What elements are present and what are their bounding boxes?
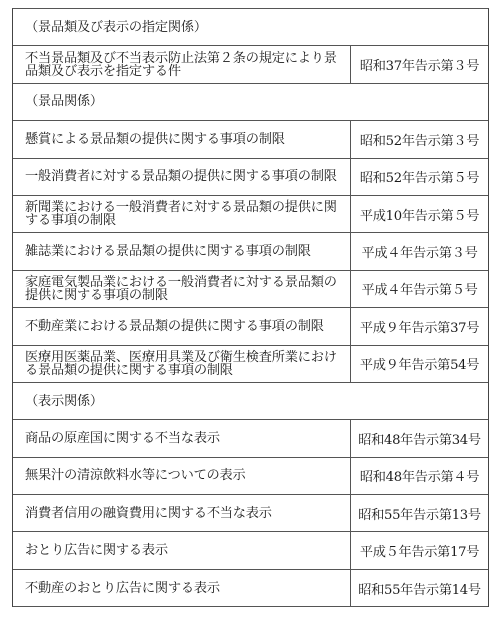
item-name: 消費者信用の融資費用に関する不当な表示 xyxy=(13,495,350,531)
section-heading: （景品類及び表示の指定関係） xyxy=(13,9,488,45)
notification-table: （景品類及び表示の指定関係） 不当景品類及び不当表示防止法第２条の規定により景品… xyxy=(12,8,489,607)
table-row: 医療用医薬品業、医療用具業及び衛生検査所業における景品類の提供に関する事項の制限… xyxy=(13,346,488,383)
table-row: 新聞業における一般消費者に対する景品類の提供に関する事項の制限 平成10年告示第… xyxy=(13,196,488,233)
item-reference: 昭和55年告示第14号 xyxy=(350,570,488,606)
item-reference: 昭和52年告示第５号 xyxy=(350,159,488,195)
item-reference: 昭和52年告示第３号 xyxy=(350,121,488,157)
item-reference: 平成10年告示第５号 xyxy=(350,196,488,232)
section-row-labeling: （表示関係） xyxy=(13,383,488,420)
item-reference: 平成４年告示第５号 xyxy=(350,271,488,307)
section-row-designation: （景品類及び表示の指定関係） xyxy=(13,9,488,46)
table-row: 消費者信用の融資費用に関する不当な表示 昭和55年告示第13号 xyxy=(13,495,488,532)
item-reference: 平成５年告示第17号 xyxy=(350,532,488,568)
section-heading: （景品関係） xyxy=(13,84,488,120)
item-name: 懸賞による景品類の提供に関する事項の制限 xyxy=(13,121,350,157)
table-row: 家庭電気製品業における一般消費者に対する景品類の提供に関する事項の制限 平成４年… xyxy=(13,271,488,308)
item-reference: 平成４年告示第３号 xyxy=(350,233,488,269)
item-name: 雑誌業における景品類の提供に関する事項の制限 xyxy=(13,233,350,269)
section-row-premiums: （景品関係） xyxy=(13,84,488,121)
item-reference: 昭和48年告示第34号 xyxy=(350,420,488,456)
item-reference: 平成９年告示第37号 xyxy=(350,308,488,344)
item-name: 新聞業における一般消費者に対する景品類の提供に関する事項の制限 xyxy=(13,196,350,232)
table-row: 不動産のおとり広告に関する表示 昭和55年告示第14号 xyxy=(13,570,488,607)
table-row: 懸賞による景品類の提供に関する事項の制限 昭和52年告示第３号 xyxy=(13,121,488,158)
item-reference: 昭和37年告示第３号 xyxy=(350,46,488,82)
item-reference: 平成９年告示第54号 xyxy=(350,346,488,382)
item-name: 医療用医薬品業、医療用具業及び衛生検査所業における景品類の提供に関する事項の制限 xyxy=(13,346,350,382)
table-row: おとり広告に関する表示 平成５年告示第17号 xyxy=(13,532,488,569)
section-heading: （表示関係） xyxy=(13,383,488,419)
item-name: 一般消費者に対する景品類の提供に関する事項の制限 xyxy=(13,159,350,195)
table-row: 一般消費者に対する景品類の提供に関する事項の制限 昭和52年告示第５号 xyxy=(13,159,488,196)
table-row: 不動産業における景品類の提供に関する事項の制限 平成９年告示第37号 xyxy=(13,308,488,345)
item-name: 不動産業における景品類の提供に関する事項の制限 xyxy=(13,308,350,344)
table-row: 商品の原産国に関する不当な表示 昭和48年告示第34号 xyxy=(13,420,488,457)
table-row: 無果汁の清涼飲料水等についての表示 昭和48年告示第４号 xyxy=(13,458,488,495)
item-reference: 昭和55年告示第13号 xyxy=(350,495,488,531)
item-name: 商品の原産国に関する不当な表示 xyxy=(13,420,350,456)
item-name: 無果汁の清涼飲料水等についての表示 xyxy=(13,458,350,494)
table-row: 不当景品類及び不当表示防止法第２条の規定により景品類及び表示を指定する件 昭和3… xyxy=(13,46,488,83)
item-reference: 昭和48年告示第４号 xyxy=(350,458,488,494)
item-name: 不当景品類及び不当表示防止法第２条の規定により景品類及び表示を指定する件 xyxy=(13,46,350,82)
table-row: 雑誌業における景品類の提供に関する事項の制限 平成４年告示第３号 xyxy=(13,233,488,270)
item-name: 家庭電気製品業における一般消費者に対する景品類の提供に関する事項の制限 xyxy=(13,271,350,307)
item-name: 不動産のおとり広告に関する表示 xyxy=(13,570,350,606)
item-name: おとり広告に関する表示 xyxy=(13,532,350,568)
